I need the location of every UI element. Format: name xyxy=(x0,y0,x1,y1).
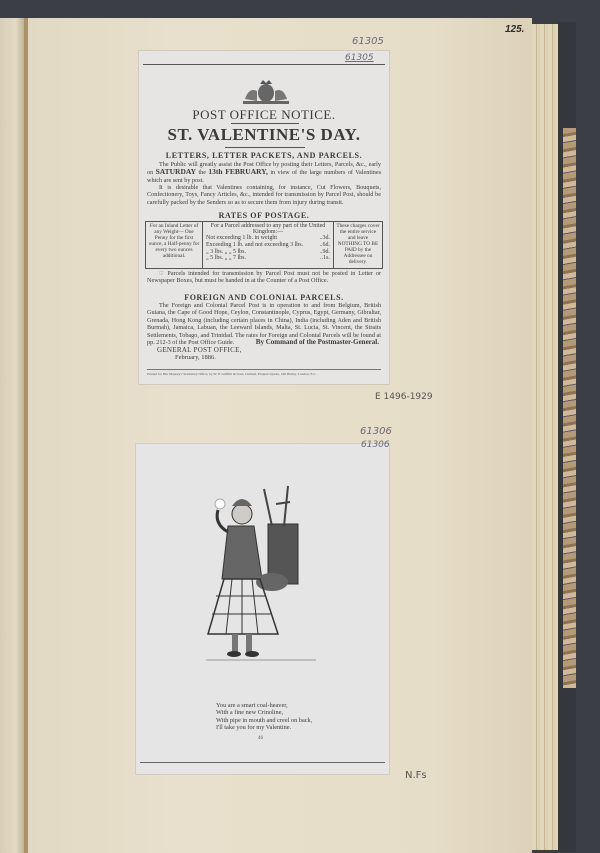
rates-heading: RATES OF POSTAGE. xyxy=(139,211,389,220)
pencil-note-bottom: N.Fs xyxy=(405,770,427,781)
notice-heading: POST OFFICE NOTICE. xyxy=(139,107,389,123)
rate-row: „ 5 lbs. „ „ 7 lbs...1s. xyxy=(206,255,330,262)
printer-imprint: Printed for Her Majesty's Stationery Off… xyxy=(147,369,381,376)
rate-weight: „ 3 lbs. „ „ 5 lbs. xyxy=(206,249,246,256)
charges-note: These charges cover the entire service a… xyxy=(333,222,382,268)
page-edges xyxy=(532,24,558,850)
folio-number: 125. xyxy=(505,24,524,35)
notice-title: ST. VALENTINE'S DAY. xyxy=(139,125,389,145)
royal-crest-icon xyxy=(237,79,295,105)
marbled-spine xyxy=(563,128,576,688)
rate-weight: „ 5 lbs. „ „ 7 lbs. xyxy=(206,255,246,262)
emphasis-date: 13th FEBRUARY, xyxy=(208,167,268,176)
post-office-notice: 61305 POST OFFICE NOTICE. ST. VALENTINE'… xyxy=(138,50,390,385)
paragraph-packing-advice: It is desirable that Valentines containi… xyxy=(147,184,381,206)
notice-subtitle: LETTERS, LETTER PACKETS, AND PARCELS. xyxy=(139,151,389,160)
verse-line: I'll take you for my Valentine. xyxy=(216,724,312,731)
rate-weight: Exceeding 1 lb. and not exceeding 3 lbs. xyxy=(206,242,303,249)
pencil-ref-middle: 61306 xyxy=(360,426,392,437)
valentine-ref-number: 61306 xyxy=(361,440,390,450)
left-page xyxy=(0,18,26,853)
text: Parcels intended for transmission by Par… xyxy=(147,270,381,284)
pencil-ref-top: 61305 xyxy=(352,36,384,47)
rate-weight: Not exceeding 1 lb. in weight xyxy=(206,235,277,242)
rate-price: ..9d. xyxy=(320,249,331,256)
coal-heaver-illustration-icon xyxy=(206,484,326,694)
verse-line: You are a smart coal-heaver, xyxy=(216,702,312,709)
rates-table: For an Inland Letter of any Weight— One … xyxy=(145,221,383,269)
emphasis-day: SATURDAY xyxy=(156,167,196,176)
rate-price: ..1s. xyxy=(320,255,330,262)
paragraph-parcel-boxes: ☞ Parcels intended for transmission by P… xyxy=(147,270,381,285)
rate-row: Exceeding 1 lb. and not exceeding 3 lbs.… xyxy=(206,242,330,249)
text: the xyxy=(198,169,206,176)
office-name: GENERAL POST OFFICE, xyxy=(157,346,242,354)
rate-row: Not exceeding 1 lb. in weight..3d. xyxy=(206,235,330,242)
verse-line: With pipe in mouth and creel on back, xyxy=(216,717,312,724)
foreign-heading: FOREIGN AND COLONIAL PARCELS. xyxy=(139,293,389,302)
bottom-rule xyxy=(140,762,385,763)
accession-note: E 1496-1929 xyxy=(375,392,433,402)
rate-price: ..3d. xyxy=(320,235,331,242)
inland-letter-note: For an Inland Letter of any Weight— One … xyxy=(146,222,203,268)
valentine-verse: You are a smart coal-heaver, With a fine… xyxy=(216,702,312,732)
paragraph-posting-advice: The Public will greatly assist the Post … xyxy=(147,161,381,184)
valentine-card: 61306 You are a smart coal-heaver, With … xyxy=(135,443,390,775)
verse-line: With a fine new Crinoline, xyxy=(216,709,312,716)
page-mark: 46 xyxy=(258,736,263,741)
notice-date: February, 1886. xyxy=(175,354,216,361)
rule xyxy=(231,123,299,124)
rate-price: ..6d. xyxy=(320,242,331,249)
command-line: By Command of the Postmaster-General. xyxy=(256,338,379,346)
rule xyxy=(225,147,305,148)
parcel-rates: For a Parcel addressed to any part of th… xyxy=(203,222,333,268)
parcel-rates-header: For a Parcel addressed to any part of th… xyxy=(206,223,330,235)
notice-ref-number: 61305 xyxy=(345,53,374,63)
top-rule xyxy=(143,64,385,65)
rate-row: „ 3 lbs. „ „ 5 lbs...9d. xyxy=(206,249,330,256)
